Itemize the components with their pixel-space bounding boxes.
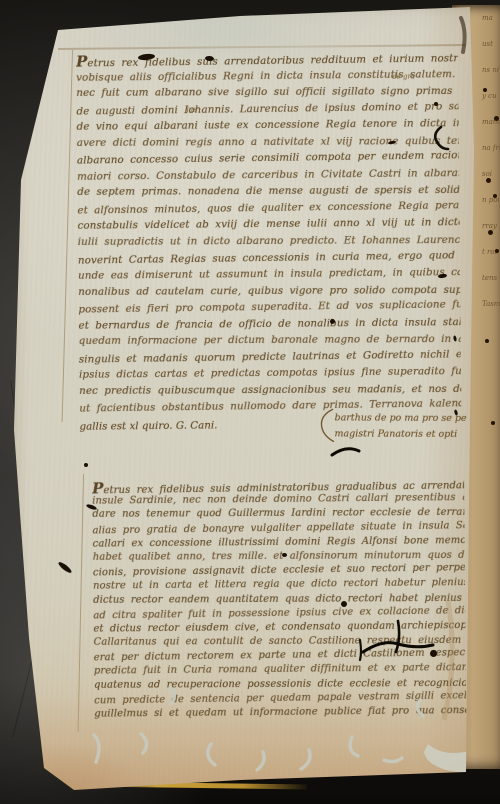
subscription-bracket: [318, 407, 334, 443]
entry-1-closing-line: gallis est xl quiro. G. Cani.: [79, 417, 249, 435]
worm-hole: [494, 116, 499, 121]
ink-blot: [434, 102, 438, 106]
scribal-subscription: barthus de po ma pro se per sen feti mag…: [334, 410, 466, 442]
worm-hole: [486, 178, 491, 183]
manuscript-page: Petrus rex fidelibus suis arrendatoribus…: [0, 0, 500, 804]
worm-hole: [493, 194, 497, 198]
ink-blot: [205, 56, 214, 62]
subscription-line: barthus de po ma pro se per sen feti: [335, 410, 467, 426]
worm-hole: [491, 421, 495, 425]
ink-blot: [330, 319, 335, 324]
manuscript-photo: maustns niy cumanona frosoin porrrayt ro…: [0, 0, 500, 804]
worm-hole: [488, 230, 493, 235]
manuscript-line: guillelmus si et quedam ut informacione …: [94, 704, 466, 722]
ink-blot: [430, 650, 437, 657]
handwriting-layer: Petrus rex fidelibus suis arrendatoribus…: [0, 0, 500, 804]
worm-hole: [495, 249, 499, 253]
interlinear-note: de gra: [392, 73, 415, 81]
interlinear-note: jus: [186, 106, 196, 114]
entry-block-1: Petrus rex fidelibus suis arrendatoribus…: [76, 49, 461, 417]
entry-block-2: Petrus rex fidelibus suis administratori…: [92, 477, 466, 722]
ink-blot: [341, 601, 347, 607]
ink-blot: [84, 463, 88, 467]
ink-blot: [282, 553, 287, 557]
worm-hole: [483, 88, 487, 92]
subscription-line: magistri Panatoris et opti: [334, 426, 466, 442]
worm-hole: [485, 339, 489, 343]
